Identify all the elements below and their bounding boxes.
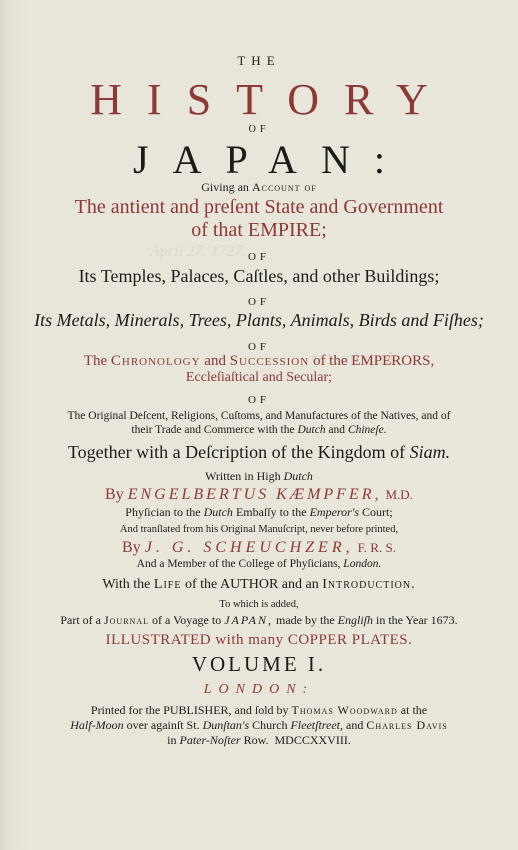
life-text-a: With the (102, 577, 150, 592)
printed-text-c: at the (401, 703, 427, 717)
printed-and: and (346, 718, 363, 732)
journal-journal: Journal (104, 613, 149, 627)
title-japan: JAPAN: (0, 136, 518, 183)
life-introduction: Introduction. (322, 577, 415, 592)
author-1-degree: M.D. (385, 487, 412, 502)
of-5: OF (0, 394, 518, 406)
antient-line-2: of that EMPIRE; (0, 219, 518, 242)
chron-succession: Succession (230, 353, 309, 369)
printed-church: Church (252, 718, 287, 732)
phys-emperor: Emperor's (310, 505, 359, 519)
by-2: By (122, 539, 141, 556)
journal-japan: JAPAN, (224, 613, 273, 627)
account-text: Account of (252, 180, 317, 194)
title-page: April 27. 1727. Imprimatur THE HISTORY O… (0, 0, 518, 850)
printed-halfmoon: Half-Moon (70, 718, 123, 732)
by-1: By (105, 486, 124, 503)
printed-woodward: Thomas Woodward (292, 703, 398, 717)
written-dutch: Dutch (284, 469, 313, 483)
phys-dutch: Dutch (204, 505, 233, 519)
phys-court: Court; (362, 505, 393, 519)
member-text: And a Member of the College of Phyſician… (137, 558, 341, 570)
author-scheuchzer: J. G. SCHEUCHZER, (145, 539, 354, 556)
original-line-1: The Original Deſcent, Religions, Cuſtoms… (0, 410, 518, 422)
chron-the: The (84, 353, 107, 369)
printed-text-a: Printed for the PUBLISHER, and ſold by (91, 703, 289, 717)
journal-line: Part of a Journal of a Voyage to JAPAN, … (0, 613, 518, 628)
phys-text-c: Embaſſy to the (236, 505, 307, 519)
journal-text-e: made by the (276, 613, 335, 627)
title-the: THE (0, 53, 518, 69)
together-text: Together with a Deſcription of the Kingd… (68, 442, 405, 462)
together-line: Together with a Deſcription of the Kingd… (0, 442, 518, 463)
printed-line-2: Half-Moon over againſt St. Dunſtan's Chu… (0, 718, 518, 733)
illustrated-line: ILLUSTRATED with many COPPER PLATES. (0, 632, 518, 649)
journal-english: Engliſh (338, 613, 373, 627)
author-2-line: By J. G. SCHEUCHZER, F. R. S. (0, 539, 518, 557)
giving-line: Giving an Account of (0, 180, 518, 195)
life-text-c: of the AUTHOR and an (185, 577, 319, 592)
orig-and: and (328, 424, 345, 436)
printed-line-3: in Pater-Noſter Row. MDCCXXVIII. (0, 733, 518, 748)
printed-against: over againſt St. (127, 718, 200, 732)
orig-chinese: Chineſe. (348, 424, 387, 436)
printed-in: in (167, 733, 176, 747)
journal-year: in the Year 1673. (376, 613, 458, 627)
metals-line: Its Metals, Minerals, Trees, Plants, Ani… (0, 310, 518, 331)
added-line: To which is added, (0, 599, 518, 610)
chron-and: and (204, 353, 226, 369)
printed-fleetstreet: Fleetſtreet, (290, 718, 343, 732)
together-siam: Siam. (410, 442, 451, 462)
member-london: London. (343, 558, 381, 570)
of-2: OF (0, 251, 518, 263)
giving-text: Giving an (201, 180, 249, 194)
printed-row: Row. (244, 733, 269, 747)
printed-paternoster: Pater-Noſter (180, 733, 241, 747)
author-2-degree: F. R. S. (358, 540, 396, 555)
temples-line: Its Temples, Palaces, Caſtles, and other… (0, 266, 518, 287)
life-line: With the Life of the AUTHOR and an Intro… (0, 577, 518, 593)
life-life: Life (154, 577, 182, 592)
written-text: Written in High (205, 469, 281, 483)
journal-text-a: Part of a (60, 613, 101, 627)
original-line-2: their Trade and Commerce with the Dutch … (0, 424, 518, 436)
translated-line: And tranſlated from his Original Manuſcr… (0, 524, 518, 535)
volume-line: VOLUME I. (0, 652, 518, 677)
author-kaempfer: ENGELBERTUS KÆMPFER, (128, 486, 382, 503)
orig-trade: their Trade and Commerce with the (131, 424, 294, 436)
member-line: And a Member of the College of Phyſician… (0, 558, 518, 570)
of-4: OF (0, 341, 518, 353)
chronology-line: The Chronology and Succession of the EMP… (0, 353, 518, 370)
author-1-line: By ENGELBERTUS KÆMPFER, M.D. (0, 486, 518, 504)
orig-dutch: Dutch (297, 424, 325, 436)
printed-dunstans: Dunſtan's (203, 718, 250, 732)
antient-line-1: The antient and preſent State and Govern… (0, 196, 518, 219)
ecclesiastical-line: Eccleſiaſtical and Secular; (0, 370, 518, 386)
chron-chronology: Chronology (111, 353, 201, 369)
written-line: Written in High Dutch (0, 469, 518, 484)
phys-text-a: Phyſician to the (125, 505, 200, 519)
of-3: OF (0, 296, 518, 308)
physician-line: Phyſician to the Dutch Embaſſy to the Em… (0, 505, 518, 520)
journal-text-c: of a Voyage to (152, 613, 221, 627)
printed-davis: Charles Davis (366, 718, 447, 732)
title-history: HISTORY (0, 74, 518, 125)
printed-date: MDCCXXVIII. (274, 733, 350, 747)
chron-emperors: of the EMPERORS, (313, 353, 434, 369)
printed-line-1: Printed for the PUBLISHER, and ſold by T… (0, 703, 518, 718)
title-of: OF (0, 124, 518, 135)
london-line: LONDON: (0, 682, 518, 698)
